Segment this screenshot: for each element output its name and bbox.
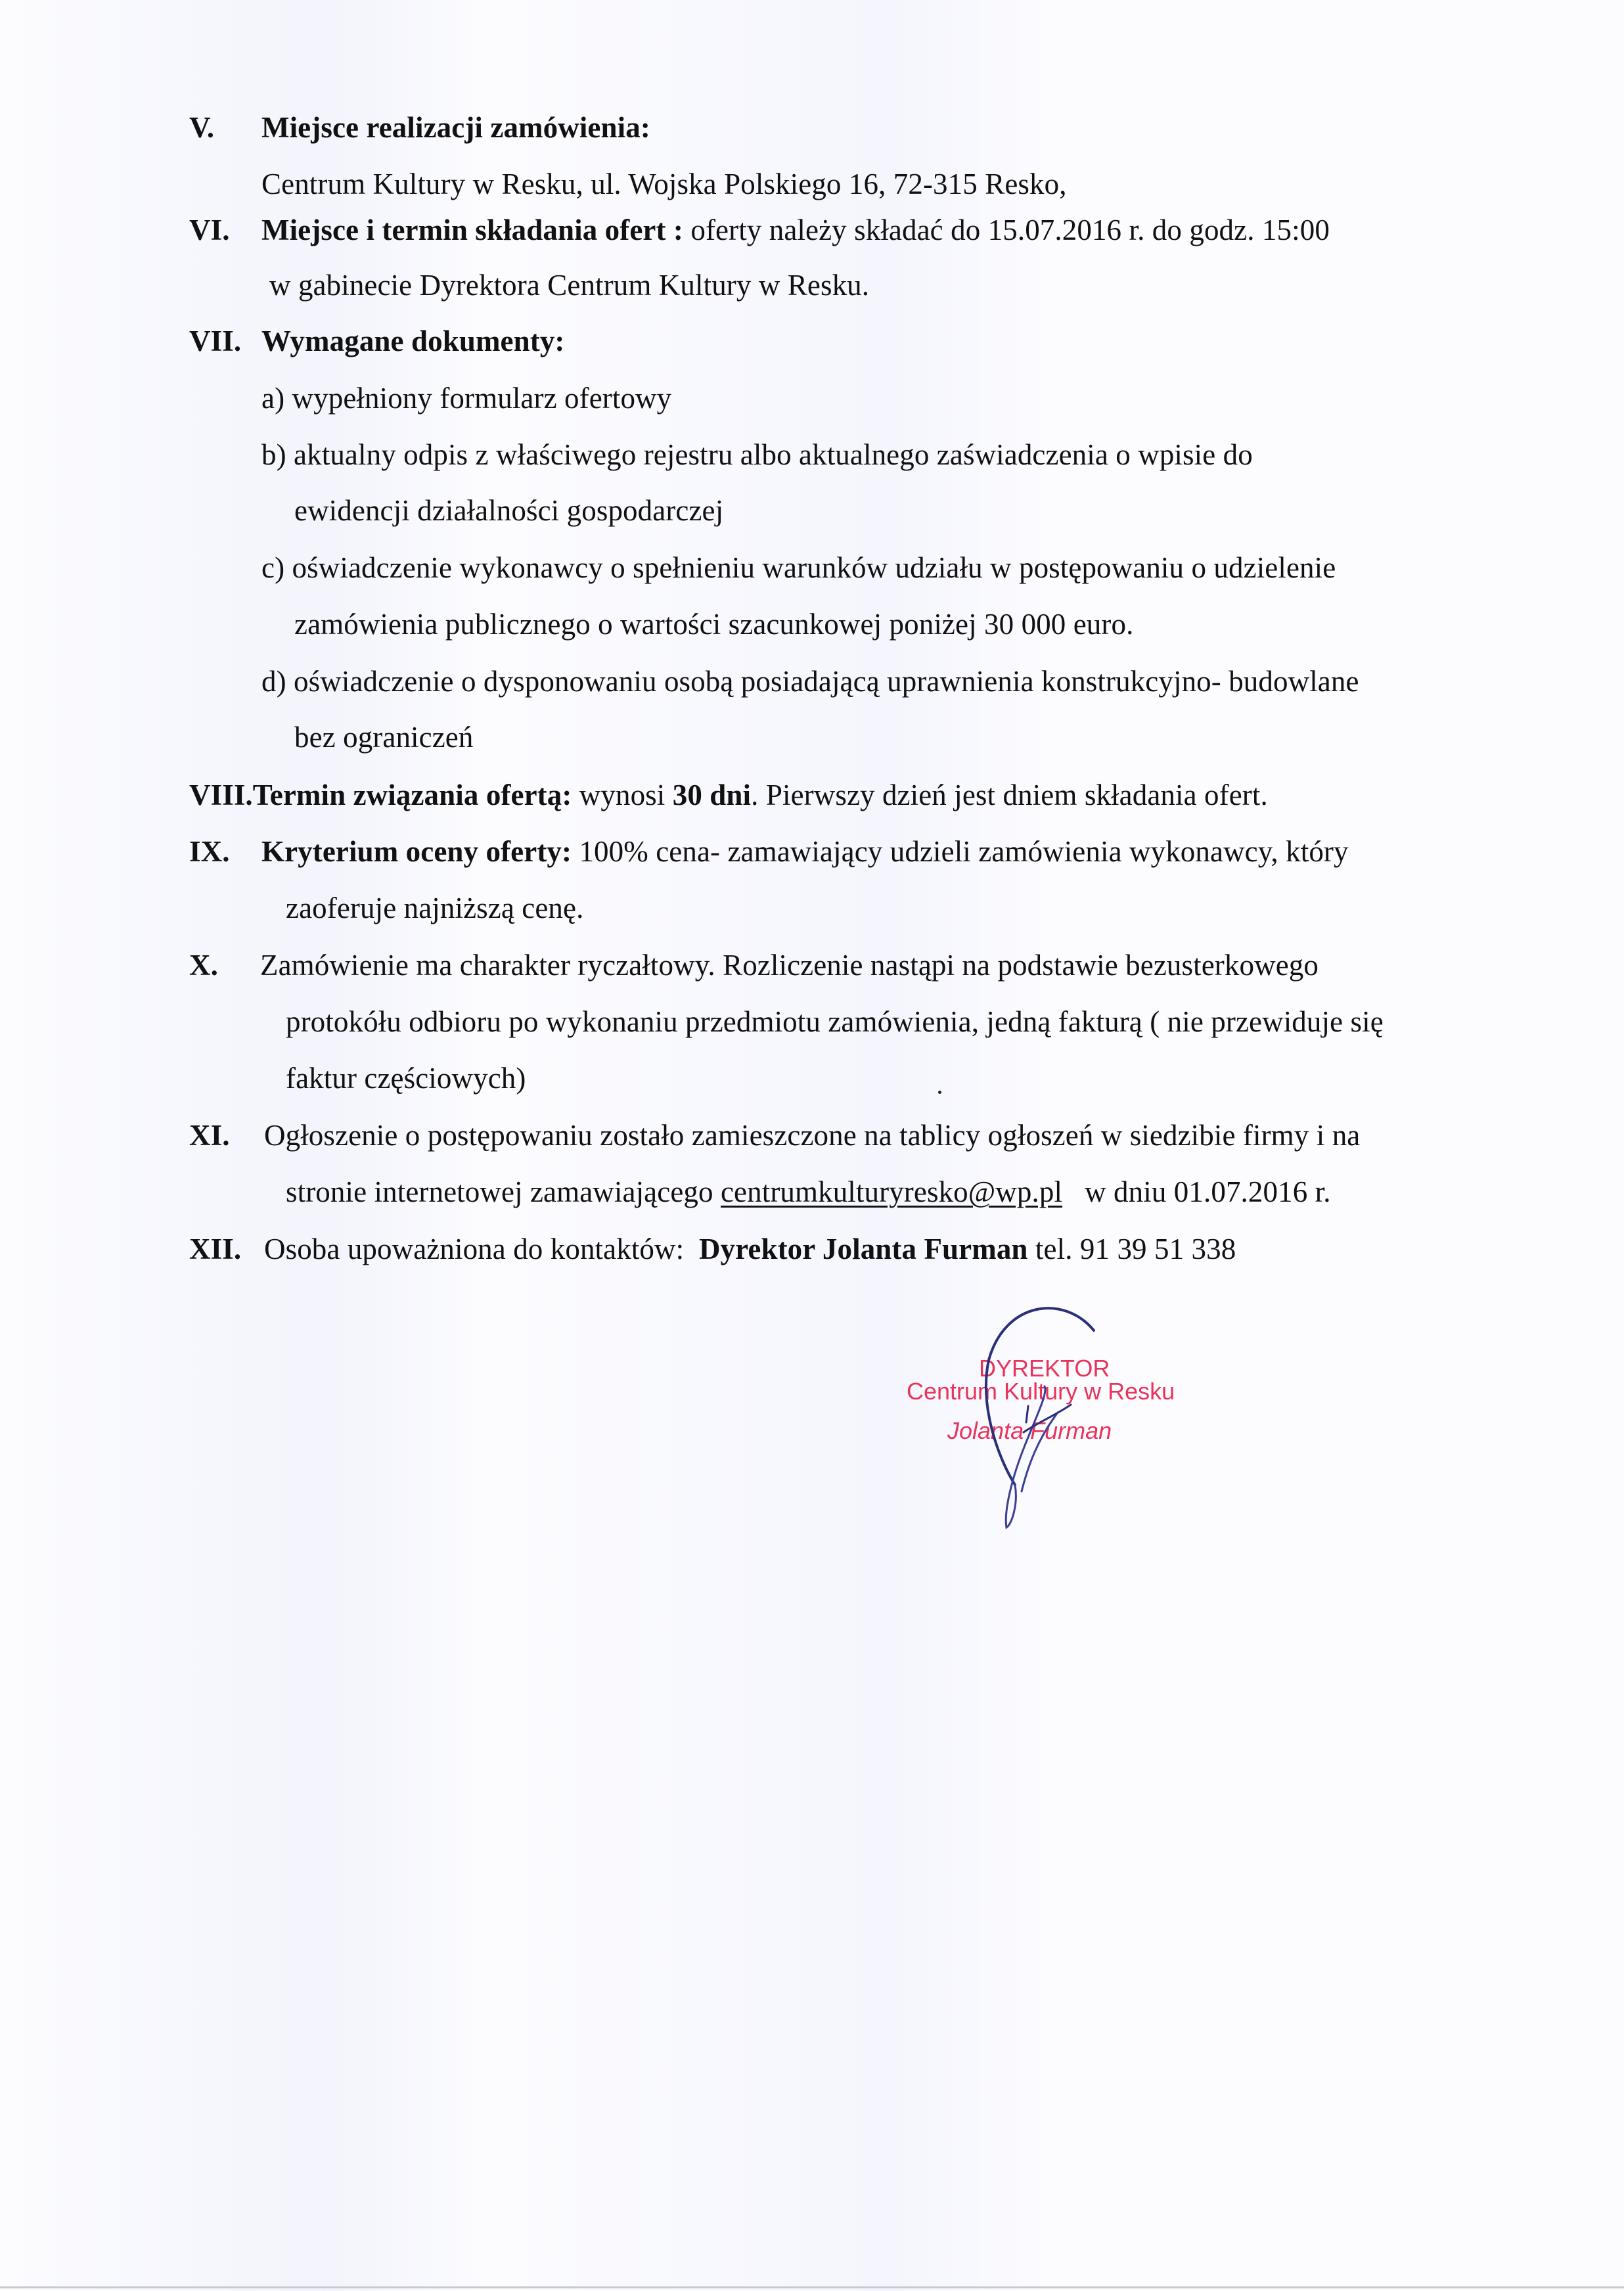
list-item-d-continuation: bez ograniczeń	[294, 723, 473, 752]
stamp-title: DYREKTOR	[979, 1357, 1110, 1380]
section-ix-content: Kryterium oceny oferty: 100% cena- zamaw…	[261, 837, 1349, 867]
list-item-label: a)	[261, 382, 284, 415]
section-text: 100% cena- zamawiający udzieli zamówieni…	[572, 835, 1349, 868]
section-xi-continuation: stronie internetowej zamawiającego centr…	[286, 1177, 1331, 1207]
section-heading: Miejsce i termin składania ofert :	[261, 214, 683, 246]
section-numeral: V.	[189, 113, 214, 143]
list-item-text: aktualny odpis z właściwego rejestru alb…	[294, 438, 1253, 471]
section-heading: Wymagane dokumenty:	[261, 327, 565, 356]
section-text: . Pierwszy dzień jest dniem składania of…	[751, 779, 1268, 811]
section-viii-line: VIII.Termin związania ofertą: wynosi 30 …	[189, 781, 1268, 810]
list-item-label: d)	[261, 665, 286, 698]
section-numeral: IX.	[189, 837, 230, 867]
list-item-text: wypełniony formularz ofertowy	[284, 382, 671, 415]
section-numeral: VI.	[189, 215, 230, 245]
section-text: Ogłoszenie o postępowaniu zostało zamies…	[264, 1121, 1360, 1150]
section-text: Osoba upoważniona do kontaktów:	[264, 1233, 699, 1265]
section-vi-content: Miejsce i termin składania ofert : ofert…	[261, 215, 1330, 245]
director-stamp: DYREKTOR Centrum Kultury w Resku Jolanta…	[907, 1340, 1274, 1537]
contact-person: Dyrektor Jolanta Furman	[699, 1233, 1028, 1265]
list-item-label: b)	[261, 438, 286, 471]
section-text: stronie internetowej zamawiającego	[286, 1175, 721, 1208]
section-numeral: XII.	[189, 1235, 241, 1264]
list-item-c-continuation: zamówienia publicznego o wartości szacun…	[294, 610, 1133, 639]
list-item-text: oświadczenie wykonawcy o spełnieniu waru…	[292, 551, 1336, 584]
scan-dot	[938, 1091, 941, 1094]
section-numeral: XI.	[189, 1121, 230, 1150]
section-numeral: X.	[189, 951, 218, 980]
list-item-b-continuation: ewidencji działalności gospodarczej	[294, 496, 723, 526]
section-heading: Kryterium oceny oferty:	[261, 835, 572, 868]
list-item-b: b) aktualny odpis z właściwego rejestru …	[261, 440, 1253, 470]
contact-phone: tel. 91 39 51 338	[1028, 1233, 1236, 1265]
section-text: oferty należy składać do 15.07.2016 r. d…	[683, 214, 1330, 246]
email-link[interactable]: centrumkulturyresko@wp.pl	[721, 1175, 1062, 1208]
section-text: w dniu 01.07.2016 r.	[1062, 1175, 1331, 1208]
section-xii-content: Osoba upoważniona do kontaktów: Dyrektor…	[264, 1235, 1236, 1264]
section-x-continuation-1: protokółu odbioru po wykonaniu przedmiot…	[286, 1007, 1384, 1037]
section-v-address: Centrum Kultury w Resku, ul. Wojska Pols…	[261, 170, 1067, 199]
stamp-organization: Centrum Kultury w Resku	[907, 1380, 1175, 1403]
list-item-text: oświadczenie o dysponowaniu osobą posiad…	[294, 665, 1359, 698]
section-numeral: VII.	[189, 327, 241, 356]
list-item-d: d) oświadczenie o dysponowaniu osobą pos…	[261, 667, 1359, 696]
section-text: wynosi	[572, 779, 672, 811]
scan-edge-divider	[0, 2286, 1624, 2288]
scanned-page: V. Miejsce realizacji zamówienia: Centru…	[0, 0, 1624, 2291]
section-x-continuation-2: faktur częściowych)	[286, 1064, 526, 1093]
section-text-bold: 30 dni	[673, 779, 751, 811]
section-numeral: VIII.	[189, 779, 253, 811]
list-item-label: c)	[261, 551, 284, 584]
section-ix-continuation: zaoferuje najniższą cenę.	[286, 894, 583, 923]
list-item-c: c) oświadczenie wykonawcy o spełnieniu w…	[261, 553, 1336, 583]
section-heading: Termin związania ofertą:	[253, 779, 572, 811]
stamp-name: Jolanta Furman	[947, 1419, 1112, 1443]
section-heading: Miejsce realizacji zamówienia:	[261, 113, 650, 143]
section-vi-continuation: w gabinecie Dyrektora Centrum Kultury w …	[269, 271, 869, 300]
section-text: Zamówienie ma charakter ryczałtowy. Rozl…	[260, 951, 1319, 980]
list-item-a: a) wypełniony formularz ofertowy	[261, 384, 671, 413]
